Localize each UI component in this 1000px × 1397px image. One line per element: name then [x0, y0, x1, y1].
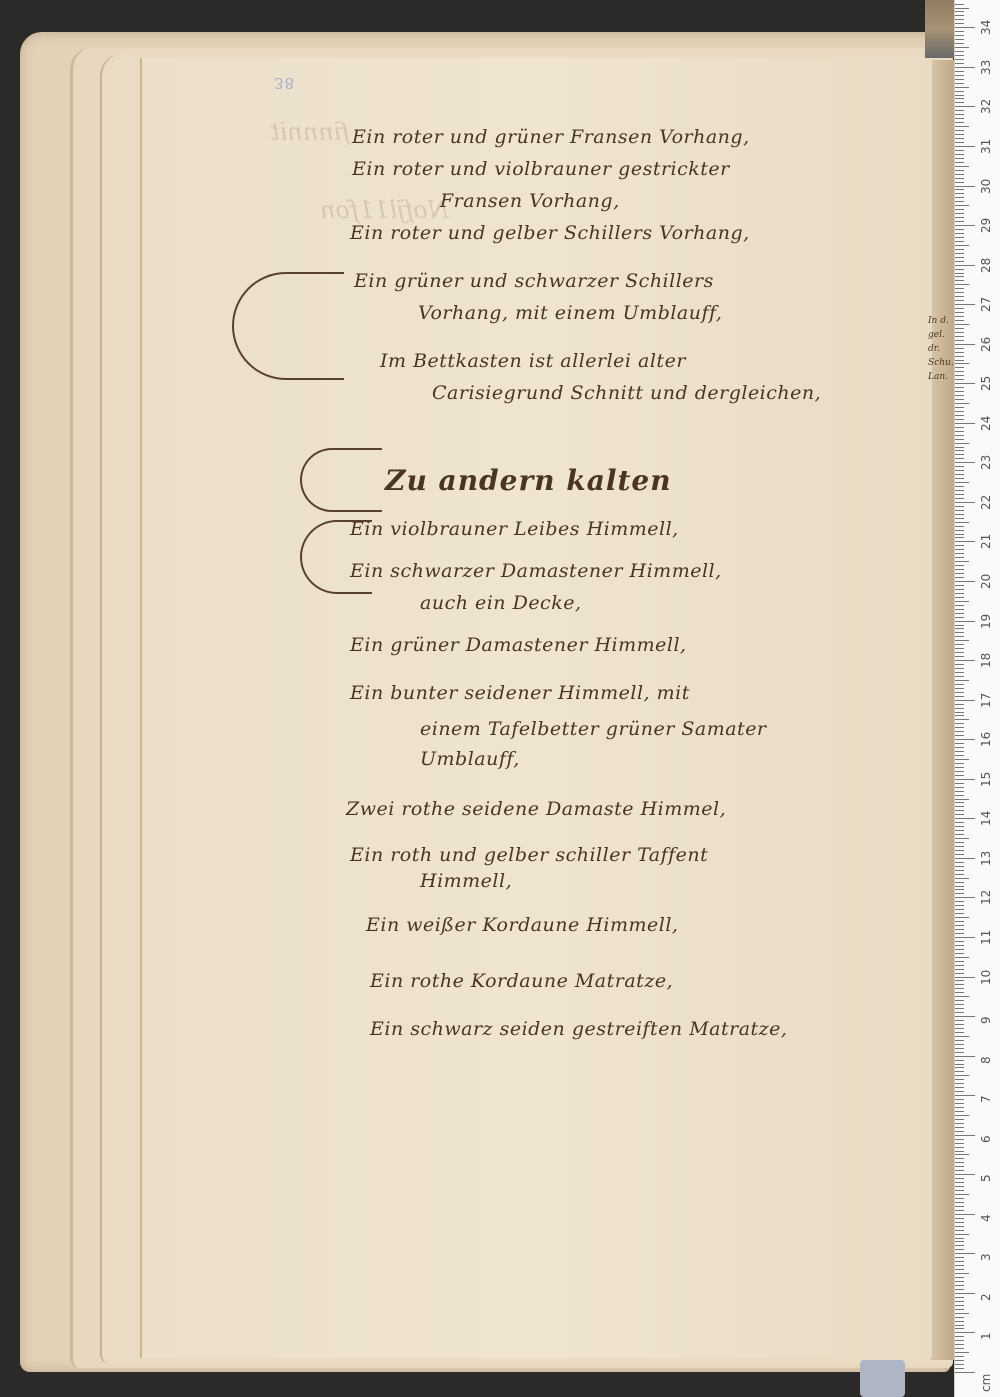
- ruler-tick: [955, 245, 969, 246]
- ruler-tick: [955, 1139, 964, 1140]
- ruler-tick: [955, 95, 964, 96]
- ruler-tick: [955, 1245, 964, 1246]
- ruler-tick: [955, 941, 964, 942]
- ruler-tick: [955, 684, 964, 685]
- ruler-tick: [955, 514, 964, 515]
- ruler-label: 3: [979, 1254, 993, 1262]
- ruler-tick: [955, 1099, 964, 1100]
- ruler-tick: [955, 656, 964, 657]
- ruler-tick: [955, 371, 964, 372]
- ruler-tick: [955, 854, 964, 855]
- ruler-tick: [955, 850, 964, 851]
- ruler-tick: [955, 715, 964, 716]
- ruler-tick: [955, 332, 964, 333]
- ruler-tick: [955, 1364, 964, 1365]
- ruler-tick: [955, 846, 964, 847]
- ruler-tick: [955, 723, 964, 724]
- ruler-tick: [955, 1147, 964, 1148]
- ruler-tick: [955, 1360, 964, 1361]
- ruler-tick: [955, 367, 964, 368]
- manuscript-line: Ein bunter seidener Himmell, mit: [350, 682, 690, 704]
- ruler-tick: [955, 549, 964, 550]
- ruler-tick: [955, 530, 964, 531]
- ruler-tick: [955, 719, 969, 720]
- manuscript-line: Ein roter und violbrauner gestrickter: [352, 158, 730, 180]
- ruler-tick: [955, 897, 975, 898]
- ruler-tick: [955, 1095, 975, 1096]
- ruler-label: 34: [979, 20, 993, 35]
- ruler-tick: [955, 1372, 975, 1373]
- ruler-tick: [955, 27, 975, 28]
- ruler-tick: [955, 660, 975, 661]
- manuscript-line: Ein schwarzer Damastener Himmell,: [350, 560, 722, 582]
- ruler-tick: [955, 640, 969, 641]
- ruler-label: 26: [979, 336, 993, 351]
- ruler-tick: [955, 806, 964, 807]
- ruler-tick: [955, 1071, 964, 1072]
- ruler-tick: [955, 1048, 964, 1049]
- ruler-tick: [955, 1067, 964, 1068]
- ruler-tick: [955, 965, 964, 966]
- ruler-tick: [955, 75, 964, 76]
- ruler-tick: [955, 735, 964, 736]
- ruler-tick: [955, 589, 964, 590]
- manuscript-line: Ein violbrauner Leibes Himmell,: [350, 518, 679, 540]
- ruler-tick: [955, 431, 964, 432]
- manuscript-line: Vorhang, mit einem Umblauff,: [418, 302, 722, 324]
- ruler-label: 8: [979, 1056, 993, 1064]
- ruler-tick: [955, 961, 964, 962]
- ruler-tick: [955, 1143, 964, 1144]
- ruler-tick: [955, 696, 964, 697]
- ruler-tick: [955, 146, 975, 147]
- ruler-tick: [955, 1024, 964, 1025]
- ruler-tick: [955, 31, 964, 32]
- ruler-tick: [955, 356, 964, 357]
- ruler-tick: [955, 154, 964, 155]
- manuscript-line: Fransen Vorhang,: [440, 190, 620, 212]
- ruler-tick: [955, 957, 969, 958]
- ruler-tick: [955, 158, 964, 159]
- ruler-tick: [955, 395, 964, 396]
- bleed-through-text: finnnit: [270, 118, 350, 146]
- ruler-tick: [955, 818, 975, 819]
- ruler-tick: [955, 858, 975, 859]
- manuscript-line: Ein weißer Kordaune Himmell,: [366, 914, 678, 936]
- ruler-tick: [955, 39, 964, 40]
- ruler-tick: [955, 937, 975, 938]
- ruler-tick: [955, 1190, 964, 1191]
- ruler-tick: [955, 1332, 975, 1333]
- manuscript-line: Zwei rothe seidene Damaste Himmel,: [346, 798, 726, 820]
- ruler-tick: [955, 632, 964, 633]
- ruler-tick: [955, 799, 969, 800]
- ruler-tick: [955, 138, 964, 139]
- ruler-tick: [955, 862, 964, 863]
- ruler-tick: [955, 577, 964, 578]
- ruler-tick: [955, 1273, 969, 1274]
- ruler-tick: [955, 980, 964, 981]
- ruler-tick: [955, 1182, 964, 1183]
- ruler-label: 29: [979, 218, 993, 233]
- ruler-tick: [955, 945, 964, 946]
- ruler-label: 12: [979, 890, 993, 905]
- ruler-tick: [955, 1075, 969, 1076]
- ruler-tick: [955, 391, 964, 392]
- ruler-tick: [955, 605, 964, 606]
- manuscript-line: Himmell,: [420, 870, 512, 892]
- ruler-tick: [955, 1281, 964, 1282]
- ruler-tick: [955, 1131, 964, 1132]
- ruler-tick: [955, 454, 964, 455]
- ruler-label: 23: [979, 455, 993, 470]
- ruler-tick: [955, 284, 969, 285]
- ruler-tick: [955, 889, 964, 890]
- ruler-tick: [955, 743, 964, 744]
- ruler-tick: [955, 996, 969, 997]
- ruler-tick: [955, 787, 964, 788]
- ruler-tick: [955, 1103, 964, 1104]
- ruler-label: 9: [979, 1016, 993, 1024]
- ruler-tick: [955, 1344, 964, 1345]
- ruler-tick: [955, 11, 964, 12]
- ruler-tick: [955, 213, 964, 214]
- ruler-tick: [955, 280, 964, 281]
- ruler-tick: [955, 134, 964, 135]
- ruler-tick: [955, 205, 969, 206]
- ruler-label: 6: [979, 1135, 993, 1143]
- ruler-tick: [955, 182, 964, 183]
- ruler-tick: [955, 1004, 964, 1005]
- ruler-tick: [955, 680, 969, 681]
- manuscript-line: Ein roth und gelber schiller Taffent: [350, 844, 708, 866]
- ruler-tick: [955, 1032, 964, 1033]
- ruler-tick: [955, 822, 964, 823]
- ruler-tick: [955, 771, 964, 772]
- ruler-tick: [955, 375, 964, 376]
- ruler-tick: [955, 1158, 964, 1159]
- ruler-tick: [955, 1060, 964, 1061]
- ruler-tick: [955, 1261, 964, 1262]
- ruler-tick: [955, 407, 964, 408]
- ruler-label: cm: [979, 1374, 993, 1392]
- ruler-tick: [955, 949, 964, 950]
- ruler-tick: [955, 581, 975, 582]
- ruler-tick: [955, 1230, 964, 1231]
- ruler-tick: [955, 340, 964, 341]
- ruler-tick: [955, 1297, 964, 1298]
- ruler-tick: [955, 1016, 975, 1017]
- ruler-tick: [955, 288, 964, 289]
- ruler-tick: [955, 447, 964, 448]
- ruler-label: 22: [979, 495, 993, 510]
- ruler-tick: [955, 1083, 964, 1084]
- ruler-tick: [955, 1154, 969, 1155]
- ruler-tick: [955, 423, 975, 424]
- ruler-tick: [955, 1111, 964, 1112]
- margin-note: In d. gel. dr. Schu. Lan.: [928, 314, 954, 384]
- ruler-tick: [955, 700, 975, 701]
- ruler-tick: [955, 273, 964, 274]
- ruler-tick: [955, 217, 964, 218]
- ruler-tick: [955, 55, 964, 56]
- ruler-tick: [955, 1127, 964, 1128]
- ruler-tick: [955, 296, 964, 297]
- ruler-tick: [955, 502, 975, 503]
- ruler-tick: [955, 419, 964, 420]
- ruler-tick: [955, 1325, 964, 1326]
- ruler-tick: [955, 1008, 964, 1009]
- ruler-tick: [955, 462, 975, 463]
- ruler-tick: [955, 324, 969, 325]
- ruler-tick: [955, 763, 964, 764]
- ruler-label: 32: [979, 99, 993, 114]
- ruler-tick: [955, 233, 964, 234]
- ruler-tick: [955, 1151, 964, 1152]
- ruler-label: 18: [979, 653, 993, 668]
- ruler-tick: [955, 189, 964, 190]
- ruler-tick: [955, 621, 975, 622]
- ruler-label: 1: [979, 1333, 993, 1341]
- ruler-tick: [955, 842, 964, 843]
- ruler-tick: [955, 1198, 964, 1199]
- ruler-tick: [955, 1166, 964, 1167]
- ruler-tick: [955, 348, 964, 349]
- ruler-tick: [955, 609, 964, 610]
- ruler-tick: [955, 739, 975, 740]
- ruler-label: 14: [979, 811, 993, 826]
- ruler-tick: [955, 1135, 975, 1136]
- ruler-tick: [955, 921, 964, 922]
- ruler-tick: [955, 585, 964, 586]
- ruler-tick: [955, 1044, 964, 1045]
- ruler-tick: [955, 225, 975, 226]
- ruler-tick: [955, 439, 964, 440]
- ruler-tick: [955, 1079, 964, 1080]
- ruler-tick: [955, 308, 964, 309]
- ruler-tick: [955, 597, 964, 598]
- ruler-tick: [955, 126, 969, 127]
- ruler-tick: [955, 51, 964, 52]
- ruler-tick: [955, 201, 964, 202]
- ruler-tick: [955, 708, 964, 709]
- ruler-tick: [955, 593, 964, 594]
- ruler-tick: [955, 541, 975, 542]
- ruler-tick: [955, 1301, 964, 1302]
- ruler-tick: [955, 241, 964, 242]
- ruler-tick: [955, 1123, 964, 1124]
- ruler-tick: [955, 1293, 975, 1294]
- ruler-tick: [955, 142, 964, 143]
- ruler-tick: [955, 755, 964, 756]
- ruler-tick: [955, 328, 964, 329]
- ruler-label: 15: [979, 771, 993, 786]
- ruler-tick: [955, 1178, 964, 1179]
- ruler-tick: [955, 435, 964, 436]
- ruler-tick: [955, 1210, 964, 1211]
- ruler-tick: [955, 363, 969, 364]
- ruler-tick: [955, 237, 964, 238]
- ruler-tick: [955, 557, 964, 558]
- ruler-tick: [955, 969, 964, 970]
- ruler-tick: [955, 427, 964, 428]
- ruler-tick: [955, 110, 964, 111]
- ruler-tick: [955, 526, 964, 527]
- ruler-label: 31: [979, 139, 993, 154]
- ruler-tick: [955, 193, 964, 194]
- ruler-tick: [955, 1277, 964, 1278]
- ruler-tick: [955, 490, 964, 491]
- ruler-tick: [955, 1356, 964, 1357]
- ruler-tick: [955, 1249, 964, 1250]
- ruler-tick: [955, 1321, 964, 1322]
- ruler-tick: [955, 91, 964, 92]
- ruler-label: 20: [979, 574, 993, 589]
- ruler-tick: [955, 1174, 975, 1175]
- ruler-tick: [955, 186, 975, 187]
- ruler-tick: [955, 209, 964, 210]
- ruler-tick: [955, 838, 969, 839]
- ruler-tick: [955, 783, 964, 784]
- ruler-tick: [955, 1257, 964, 1258]
- flourish-ornament: [300, 448, 382, 512]
- ruler-tick: [955, 565, 964, 566]
- ruler-tick: [955, 292, 964, 293]
- ruler-tick: [955, 973, 964, 974]
- ruler-tick: [955, 118, 964, 119]
- ruler-tick: [955, 470, 964, 471]
- ruler-tick: [955, 1087, 964, 1088]
- ruler-tick: [955, 415, 964, 416]
- ruler-tick: [955, 344, 975, 345]
- ruler-tick: [955, 1368, 964, 1369]
- ruler-tick: [955, 1186, 964, 1187]
- ruler-tick: [955, 834, 964, 835]
- ruler-tick: [955, 1214, 975, 1215]
- ruler-tick: [955, 1234, 969, 1235]
- ruler-tick: [955, 411, 964, 412]
- ruler-tick: [955, 866, 964, 867]
- ruler-tick: [955, 1170, 964, 1171]
- ruler-tick: [955, 197, 964, 198]
- ruler-tick: [955, 162, 964, 163]
- ruler-tick: [955, 977, 975, 978]
- ruler-tick: [955, 261, 964, 262]
- ruler-tick: [955, 1020, 964, 1021]
- ruler-tick: [955, 731, 964, 732]
- ruler-tick: [955, 1328, 964, 1329]
- flourish-ornament: [232, 272, 344, 380]
- ruler-tick: [955, 79, 964, 80]
- ruler-tick: [955, 43, 964, 44]
- ruler-tick: [955, 1348, 964, 1349]
- ruler-tick: [955, 893, 964, 894]
- ruler-tick: [955, 953, 964, 954]
- ruler-tick: [955, 573, 964, 574]
- ruler-tick: [955, 1305, 964, 1306]
- ruler-tick: [955, 878, 969, 879]
- ruler-tick: [955, 443, 969, 444]
- ruler-tick: [955, 35, 964, 36]
- ruler-tick: [955, 98, 964, 99]
- manuscript-line: einem Tafelbetter grüner Samater: [420, 718, 767, 740]
- manuscript-line: auch ein Decke,: [420, 592, 582, 614]
- bookmark-tab: [860, 1360, 905, 1397]
- ruler-tick: [955, 1253, 975, 1254]
- ruler-tick: [955, 905, 964, 906]
- ruler-tick: [955, 668, 964, 669]
- ruler-tick: [955, 23, 964, 24]
- section-heading: Zu andern kalten: [385, 464, 672, 497]
- ruler-tick: [955, 1036, 969, 1037]
- ruler-tick: [955, 984, 964, 985]
- manuscript-page: [140, 58, 932, 1358]
- ruler-tick: [955, 518, 964, 519]
- ruler-tick: [955, 1265, 964, 1266]
- ruler-tick: [955, 933, 964, 934]
- ruler-tick: [955, 676, 964, 677]
- ruler-tick: [955, 316, 964, 317]
- ruler-tick: [955, 644, 964, 645]
- ruler-tick: [955, 4, 964, 5]
- ruler-tick: [955, 1115, 969, 1116]
- ruler-tick: [955, 747, 964, 748]
- ruler-tick: [955, 625, 964, 626]
- ruler-tick: [955, 1194, 969, 1195]
- ruler-tick: [955, 253, 964, 254]
- manuscript-line: Ein grüner Damastener Himmell,: [350, 634, 687, 656]
- bleed-through-text: Nofjl11fon: [320, 196, 449, 224]
- manuscript-line: Ein grüner und schwarzer Schillers: [354, 270, 714, 292]
- ruler-tick: [955, 1340, 964, 1341]
- ruler-tick: [955, 826, 964, 827]
- ruler-tick: [955, 1313, 969, 1314]
- ruler-tick: [955, 791, 964, 792]
- ruler-tick: [955, 170, 964, 171]
- ruler-tick: [955, 569, 964, 570]
- ruler-tick: [955, 664, 964, 665]
- ruler-label: 21: [979, 534, 993, 549]
- ruler-tick: [955, 229, 964, 230]
- ruler-tick: [955, 537, 964, 538]
- manuscript-line: Ein roter und grüner Fransen Vorhang,: [352, 126, 750, 148]
- ruler-tick: [955, 474, 964, 475]
- ruler-tick: [955, 1000, 964, 1001]
- manuscript-line: Ein roter und gelber Schillers Vorhang,: [350, 222, 750, 244]
- ruler-tick: [955, 886, 964, 887]
- folio-number: 38: [274, 74, 295, 92]
- measurement-ruler: cm12345678910111213141516171819202122232…: [954, 0, 1000, 1397]
- ruler-tick: [955, 534, 964, 535]
- manuscript-line: Carisiegrund Schnitt und dergleichen,: [432, 382, 821, 404]
- ruler-tick: [955, 59, 964, 60]
- ruler-tick: [955, 1040, 964, 1041]
- ruler-tick: [955, 336, 964, 337]
- ruler-tick: [955, 913, 964, 914]
- ruler-tick: [955, 494, 964, 495]
- ruler-tick: [955, 221, 964, 222]
- ruler-tick: [955, 988, 964, 989]
- ruler-tick: [955, 522, 969, 523]
- ruler-label: 30: [979, 178, 993, 193]
- ruler-tick: [955, 122, 964, 123]
- ruler-tick: [955, 106, 975, 107]
- ruler-tick: [955, 498, 964, 499]
- ruler-tick: [955, 648, 964, 649]
- ruler-tick: [955, 1012, 964, 1013]
- ruler-tick: [955, 1241, 964, 1242]
- ruler-tick: [955, 166, 969, 167]
